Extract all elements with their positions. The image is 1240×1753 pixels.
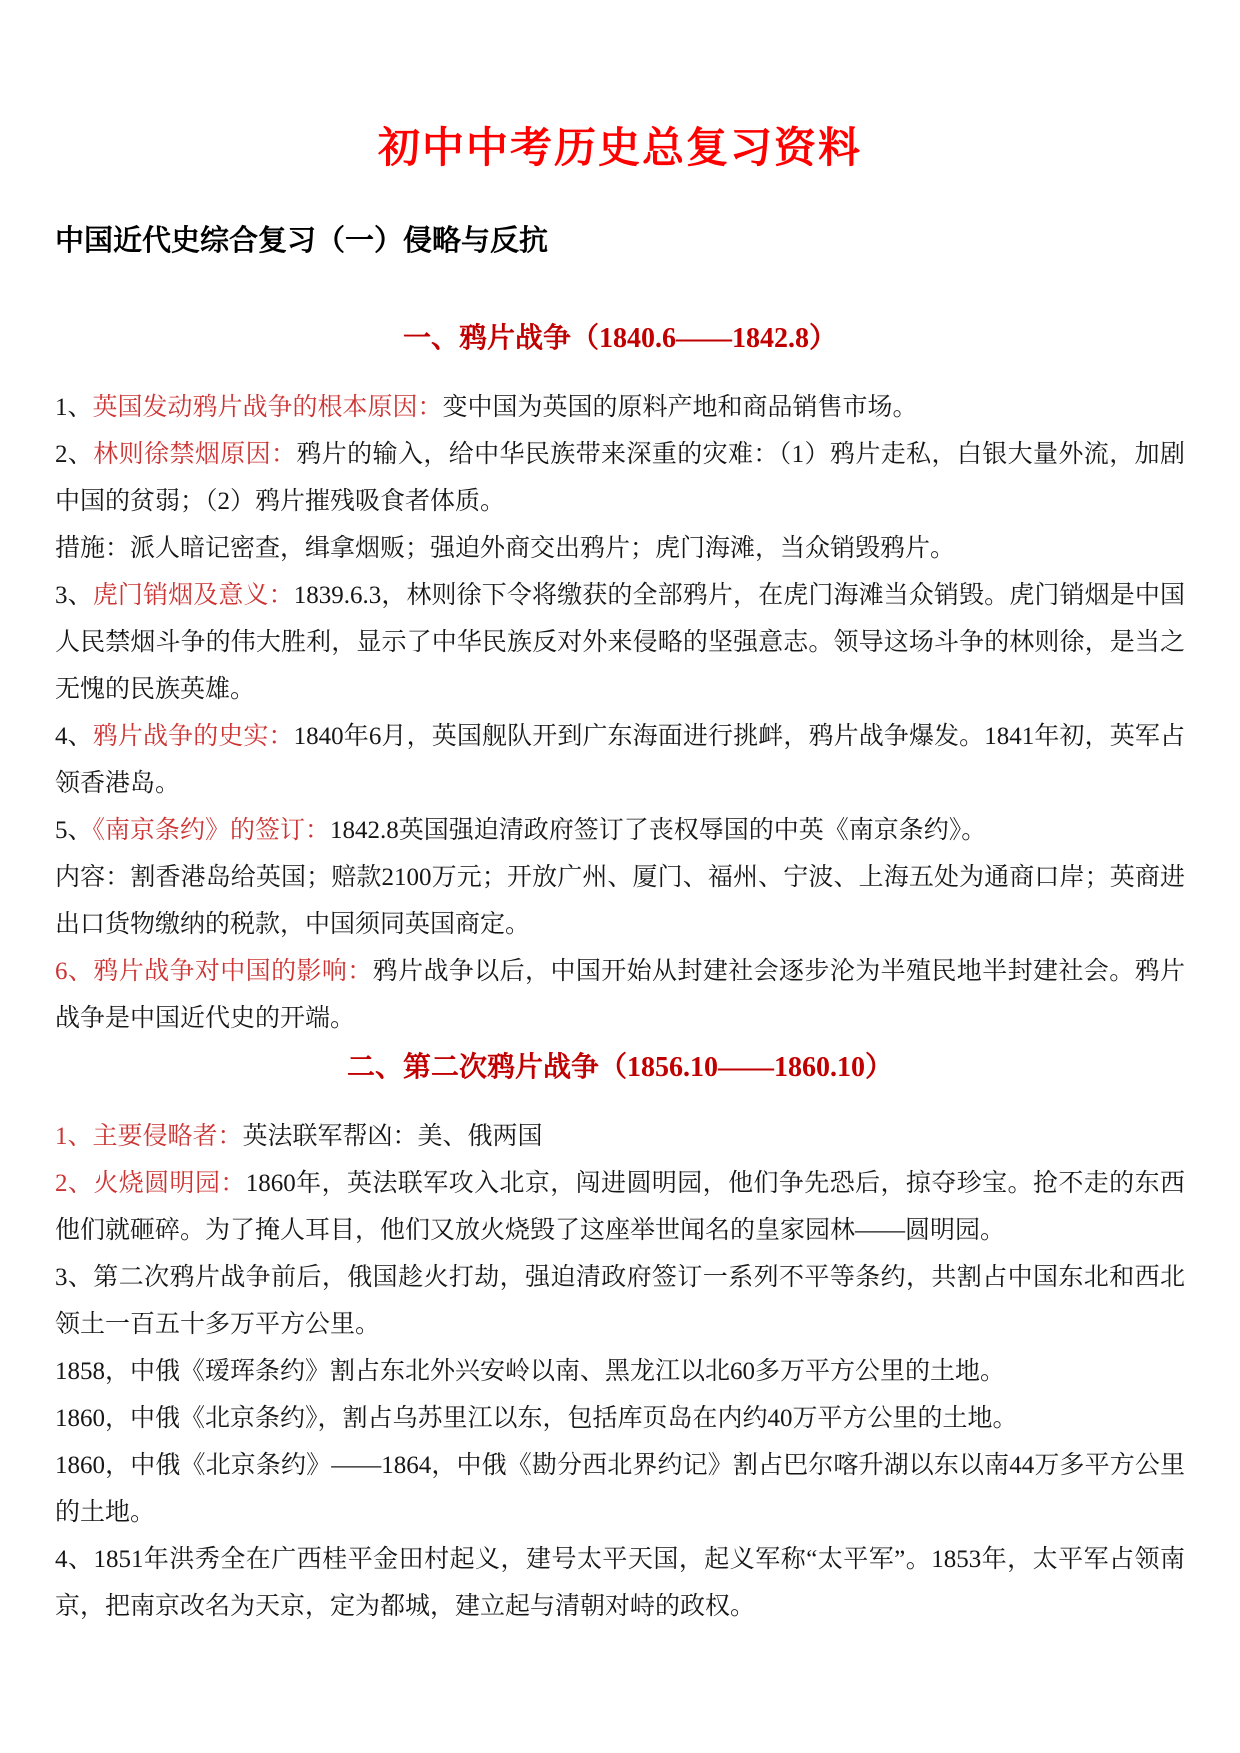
lead-text: 英国发动鸦片战争的根本原因： — [93, 394, 443, 421]
body-text: 1860，中俄《北京条约》，割占乌苏里江以东，包括库页岛在内约40万平方公里的土… — [55, 1405, 1018, 1432]
lead-text: 鸦片战争的史实： — [93, 723, 294, 750]
lead-text: 2、火烧圆明园： — [55, 1170, 246, 1197]
lead-text: 《南京条约》的签订： — [93, 817, 331, 844]
body-text: 变中国为英国的原料产地和商品销售市场。 — [443, 394, 918, 421]
paragraph: 1860，中俄《北京条约》——1864，中俄《勘分西北界约记》割占巴尔喀升湖以东… — [55, 1442, 1185, 1536]
paragraph: 1、主要侵略者：英法联军帮凶：美、俄两国 — [55, 1113, 1185, 1160]
body-text: 1、 — [55, 394, 93, 421]
document-body: 一、鸦片战争（1840.6——1842.8）1、英国发动鸦片战争的根本原因：变中… — [55, 315, 1185, 1630]
lead-text: 6、鸦片战争对中国的影响： — [55, 958, 373, 985]
body-text: 1860，中俄《北京条约》——1864，中俄《勘分西北界约记》割占巴尔喀升湖以东… — [55, 1452, 1185, 1526]
body-text: 内容：割香港岛给英国；赔款2100万元；开放广州、厦门、福州、宁波、上海五处为通… — [55, 864, 1185, 938]
body-text: 4、 — [55, 723, 93, 750]
paragraph: 1858，中俄《瑷珲条约》割占东北外兴安岭以南、黑龙江以北60多万平方公里的土地… — [55, 1348, 1185, 1395]
body-text: 1842.8英国强迫清政府签订了丧权辱国的中英《南京条约》。 — [330, 817, 986, 844]
body-text: 4、1851年洪秀全在广西桂平金田村起义，建号太平天国，起义军称“太平军”。18… — [55, 1546, 1185, 1620]
paragraph: 1860，中俄《北京条约》，割占乌苏里江以东，包括库页岛在内约40万平方公里的土… — [55, 1395, 1185, 1442]
paragraph: 4、鸦片战争的史实：1840年6月，英国舰队开到广东海面进行挑衅，鸦片战争爆发。… — [55, 713, 1185, 807]
paragraph: 3、虎门销烟及意义：1839.6.3，林则徐下令将缴获的全部鸦片，在虎门海滩当众… — [55, 572, 1185, 713]
paragraph: 5、《南京条约》的签订：1842.8英国强迫清政府签订了丧权辱国的中英《南京条约… — [55, 807, 1185, 854]
paragraph: 3、第二次鸦片战争前后，俄国趁火打劫，强迫清政府签订一系列不平等条约，共割占中国… — [55, 1254, 1185, 1348]
body-text: 1858，中俄《瑷珲条约》割占东北外兴安岭以南、黑龙江以北60多万平方公里的土地… — [55, 1358, 1005, 1385]
lead-text: 虎门销烟及意义： — [93, 582, 294, 609]
body-text: 3、 — [55, 582, 93, 609]
chapter-title: 中国近代史综合复习（一）侵略与反抗 — [55, 224, 1185, 259]
paragraph: 1、英国发动鸦片战争的根本原因：变中国为英国的原料产地和商品销售市场。 — [55, 384, 1185, 431]
section-heading: 一、鸦片战争（1840.6——1842.8） — [55, 315, 1185, 362]
lead-text: 1、主要侵略者： — [55, 1123, 243, 1150]
body-text: 英法联军帮凶：美、俄两国 — [243, 1123, 543, 1150]
paragraph: 内容：割香港岛给英国；赔款2100万元；开放广州、厦门、福州、宁波、上海五处为通… — [55, 854, 1185, 948]
document-page: 初中中考历史总复习资料 中国近代史综合复习（一）侵略与反抗 一、鸦片战争（184… — [0, 0, 1240, 1753]
paragraph: 4、1851年洪秀全在广西桂平金田村起义，建号太平天国，起义军称“太平军”。18… — [55, 1536, 1185, 1630]
paragraph: 措施：派人暗记密查，缉拿烟贩；强迫外商交出鸦片；虎门海滩，当众销毁鸦片。 — [55, 525, 1185, 572]
body-text: 2、 — [55, 441, 93, 468]
section-heading: 二、第二次鸦片战争（1856.10——1860.10） — [55, 1044, 1185, 1091]
body-text: 措施：派人暗记密查，缉拿烟贩；强迫外商交出鸦片；虎门海滩，当众销毁鸦片。 — [55, 535, 955, 562]
page-title: 初中中考历史总复习资料 — [55, 126, 1185, 172]
body-text: 3、第二次鸦片战争前后，俄国趁火打劫，强迫清政府签订一系列不平等条约，共割占中国… — [55, 1264, 1185, 1338]
paragraph: 6、鸦片战争对中国的影响：鸦片战争以后，中国开始从封建社会逐步沦为半殖民地半封建… — [55, 948, 1185, 1042]
body-text: 5、 — [55, 817, 93, 844]
lead-text: 林则徐禁烟原因： — [93, 441, 296, 468]
paragraph: 2、火烧圆明园：1860年，英法联军攻入北京，闯进圆明园，他们争先恐后，掠夺珍宝… — [55, 1160, 1185, 1254]
paragraph: 2、林则徐禁烟原因：鸦片的输入，给中华民族带来深重的灾难：（1）鸦片走私，白银大… — [55, 431, 1185, 525]
